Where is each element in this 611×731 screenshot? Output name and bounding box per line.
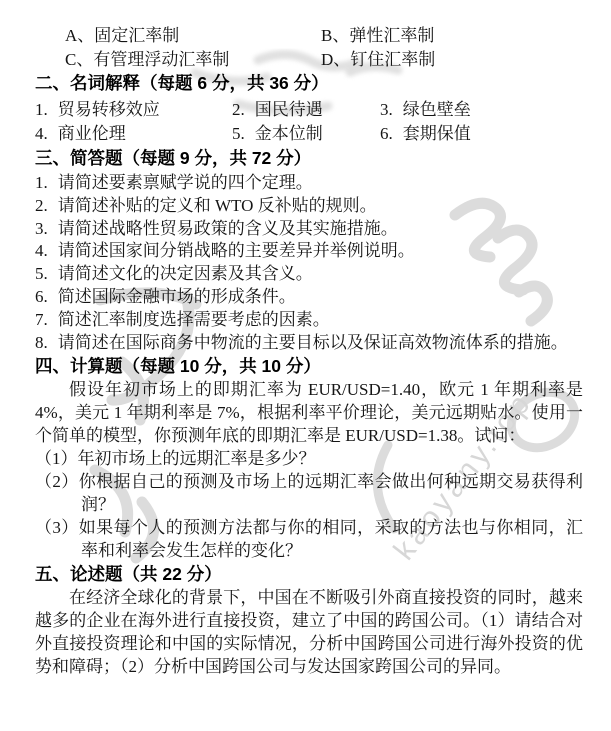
- glossary-term-5: 5.金本位制: [232, 122, 380, 146]
- choice-option-d: D、钉住汇率制: [321, 48, 583, 71]
- short-answer-question-4: 4.请简述国家间分销战略的主要差异并举例说明。: [35, 240, 583, 263]
- multiple-choice-options: A、固定汇率制 B、弹性汇率制 C、有管理浮动汇率制 D、钉住汇率制: [35, 24, 583, 71]
- essay-body: 在经济全球化的背景下，中国在不断吸引外商直接投资的同时，越来越多的企业在海外进行…: [35, 586, 583, 678]
- short-answer-question-1: 1.请简述要素禀赋学说的四个定理。: [35, 172, 583, 195]
- calculation-subquestion-2: （2）你根据自己的预测及市场上的远期汇率会做出何种远期交易获得利润？: [35, 470, 583, 516]
- choice-option-b: B、弹性汇率制: [321, 24, 583, 47]
- glossary-term-3: 3.绿色壁垒: [380, 98, 583, 122]
- short-answer-question-6: 6.简述国际金融市场的形成条件。: [35, 286, 583, 309]
- section-title-glossary: 二、名词解释（每题 6 分，共 36 分）: [35, 71, 583, 95]
- short-answer-questions: 1.请简述要素禀赋学说的四个定理。 2.请简述补贴的定义和 WTO 反补贴的规则…: [35, 172, 583, 354]
- exam-page: kaoyany.top A、固定汇率制 B、弹性汇率制 C、有管理浮动汇率制 D…: [0, 0, 611, 731]
- choice-option-a: A、固定汇率制: [65, 24, 321, 47]
- section-title-calculation: 四、计算题（每题 10 分，共 10 分）: [35, 354, 583, 378]
- calculation-intro: 假设年初市场上的即期汇率为 EUR/USD=1.40，欧元 1 年期利率是 4%…: [35, 378, 583, 447]
- choice-option-c: C、有管理浮动汇率制: [65, 48, 321, 71]
- short-answer-question-8: 8.请简述在国际商务中物流的主要目标以及保证高效物流体系的措施。: [35, 332, 583, 355]
- glossary-term-6: 6.套期保值: [380, 122, 583, 146]
- short-answer-question-5: 5.请简述文化的决定因素及其含义。: [35, 263, 583, 286]
- glossary-term-2: 2.国民待遇: [232, 98, 380, 122]
- short-answer-question-2: 2.请简述补贴的定义和 WTO 反补贴的规则。: [35, 195, 583, 218]
- glossary-term-4: 4.商业伦理: [35, 122, 232, 146]
- short-answer-question-3: 3.请简述战略性贸易政策的含义及其实施措施。: [35, 218, 583, 241]
- section-title-short-answer: 三、简答题（每题 9 分，共 72 分）: [35, 146, 583, 170]
- short-answer-question-7: 7.简述汇率制度选择需要考虑的因素。: [35, 309, 583, 332]
- glossary-term-1: 1.贸易转移效应: [35, 98, 232, 122]
- calculation-subquestion-3: （3）如果每个人的预测方法都与你的相同，采取的方法也与你相同，汇率和利率会发生怎…: [35, 516, 583, 562]
- calculation-subquestion-1: （1）年初市场上的远期汇率是多少？: [35, 447, 583, 470]
- section-title-essay: 五、论述题（共 22 分）: [35, 562, 583, 586]
- exam-content: A、固定汇率制 B、弹性汇率制 C、有管理浮动汇率制 D、钉住汇率制 二、名词解…: [0, 0, 611, 678]
- glossary-terms: 1.贸易转移效应 2.国民待遇 3.绿色壁垒 4.商业伦理 5.金本位制 6.套…: [35, 98, 583, 146]
